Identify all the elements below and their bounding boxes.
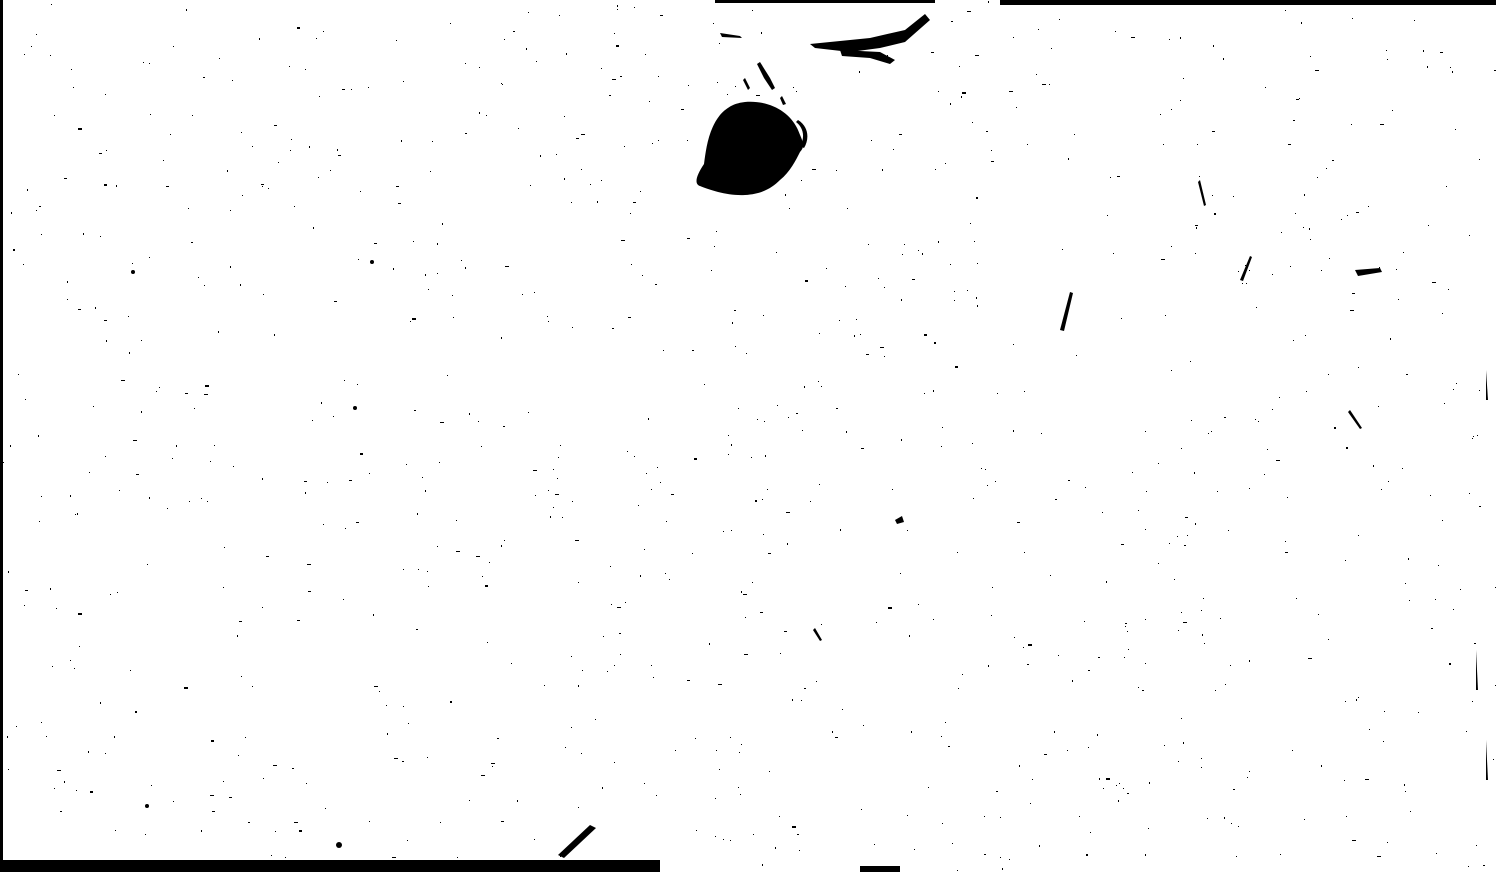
misc-marks — [131, 180, 1488, 858]
dark-blob — [697, 102, 808, 195]
binarized-photo — [0, 0, 1496, 872]
photo-canvas — [0, 0, 1496, 872]
streak-marks — [720, 14, 930, 105]
